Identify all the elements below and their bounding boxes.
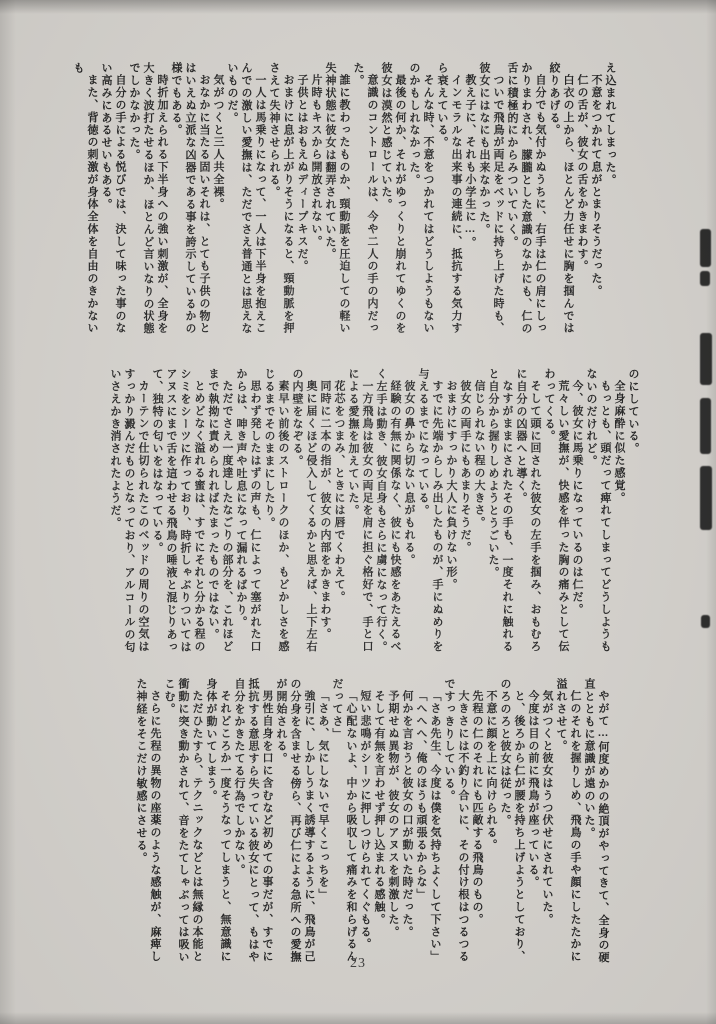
text-paragraph: 短い悲鳴がシーツに押しつけられてくぐもる。 xyxy=(358,678,372,966)
text-paragraph: 彼女の鼻から切ない息がもれる。 xyxy=(402,368,416,660)
page-number: 23 xyxy=(0,956,716,972)
text-paragraph: 経験の有無に関係なく、彼にも快感をあたえるべく左手は動き、彼女自身もさらに虜にな… xyxy=(374,368,402,660)
text-paragraph: 全身麻酔に似た感覚。 xyxy=(612,368,626,660)
text-paragraph: 強引に、しかしうまく誘導するように、飛鳥が己の分身を含ませる傍ら、再び仁による急… xyxy=(274,678,316,966)
text-paragraph: それどころか一度そうなってしまうと、無意識に身体が動いてしまう。 xyxy=(204,678,232,966)
text-paragraph: ただひたすら、テクニックなどとは無縁の本能と衝動に突き動かされて、音をたてしゃぶ… xyxy=(162,678,204,966)
text-paragraph: なすがままにされたその手も、一度それに触れると自分から握りしめようとうごいた。 xyxy=(486,368,514,660)
text-paragraph: 「さあ先生、今度は僕を気持ちよくして下さい」 xyxy=(428,678,442,966)
text-paragraph: 一方飛鳥は彼女の両足を肩に担ぐ格好で、手と口による愛撫を加えていた。 xyxy=(346,368,374,660)
text-paragraph: 誰に教わったものか、頸動脈を圧迫しての軽い失神状態に彼女は翻弄されていた。 xyxy=(323,62,351,346)
text-paragraph: 仁の舌が、彼女の舌をかきまわす。 xyxy=(575,62,589,346)
text-paragraph: 不意をつかれて息がとまりそうだった。 xyxy=(589,62,603,346)
text-paragraph: 素早い前後のストロークのほか、もどかしさを感じるまでそのままにしたり。 xyxy=(262,368,290,660)
text-paragraph: 片時もキスから開放されない。 xyxy=(309,62,323,346)
text-paragraph: 今、彼女に馬乗りになっているのは仁だ。 xyxy=(570,368,584,660)
text-paragraph: とめどなく溢れる蜜は、すでにそれと分かる程のシミをシーツに作っており、時折しゃぶ… xyxy=(150,368,206,660)
text-paragraph: 大きさには不釣り合いに、その付け根はつるつるですっきりしている。 xyxy=(442,678,470,966)
text-paragraph: インモラルな出来事の連続に、抵抗する気力すら衰えている。 xyxy=(435,62,463,346)
text-paragraph: そんな時、不意をつかれてはどうしようもないのかもしれなかった。 xyxy=(407,62,435,346)
text-paragraph: 不意に顔を上に向けられる。 xyxy=(484,678,498,966)
text-paragraph: 時折加えられる下半身への強い刺激が、全身を大きく波打たせるほか、ほとんど言いなり… xyxy=(127,62,169,346)
text-paragraph: え込まれてしまった。 xyxy=(603,62,617,346)
text-paragraph: 気がつくと三人共全裸。 xyxy=(211,62,225,346)
text-paragraph: すでに先端からしみ出したものが、手にぬめりを与えるまでになっている。 xyxy=(416,368,444,660)
text-paragraph: 思わず発したはずの声も、仁によって塞がれた口からは、呻き声や吐息になって漏れるば… xyxy=(234,368,262,660)
ink-smudge xyxy=(700,398,711,454)
text-paragraph: 気がつくと彼女はうつ伏せにされていた。 xyxy=(540,678,554,966)
text-paragraph: 仁のそれを握りしめ、飛鳥の手や顔にしたたかに溢れさせて。 xyxy=(554,678,582,966)
text-paragraph: 最後の何か、それがゆっくりと崩れてゆくのを彼女は漠然と感じていた。 xyxy=(379,62,407,346)
text-paragraph: やがて…何度めかの絶頂がやってきて、全身の硬直とともに意識が遠のいた。 xyxy=(582,678,610,966)
text-paragraph: 彼女の両手にもあまりそうだ。 xyxy=(458,368,472,660)
text-paragraph: 信じられない程の大きさ。 xyxy=(472,368,486,660)
text-paragraph: 白衣の上から、ほとんど力任せに胸を掴んでは絞りあげる。 xyxy=(547,62,575,346)
text-paragraph: おまけに息が上がりそうになると、頸動脈を押さえて失神させられる。 xyxy=(267,62,295,346)
text-paragraph: ついで飛鳥が両足をベッドに持ち上げた時も、彼女にはなにも出来なかった。 xyxy=(477,62,505,346)
ink-smudge xyxy=(700,229,711,267)
text-paragraph: そして頭に回された彼女の左手を掴み、おもむろに自分の凶器へと導く。 xyxy=(514,368,542,660)
ink-smudge xyxy=(700,333,712,385)
text-paragraph: 男性自身を口に含むなど初めての事だが、すでに抵抗する意思すら失っている彼女にとっ… xyxy=(232,678,274,966)
text-paragraph: と、後ろから仁が腰を持ち上げようとしており、のろのろと彼女は従った。 xyxy=(498,678,526,966)
text-paragraph: 「心配ないよ、中から吸収して痛みを和らげるんだってさ」 xyxy=(330,678,358,966)
text-paragraph: また、背徳の刺激が身体全体を自由のきかないも xyxy=(71,62,99,346)
text-paragraph: ただでさえ一度達したなごりの部分を、これほどまで執拗に責められればたまったもので… xyxy=(206,368,234,660)
text-paragraph: おなかに当たる固いそれは、とても子供の物とはいえぬ立派な凶器である事を誇示してい… xyxy=(169,62,211,346)
text-paragraph: 一人は馬乗りになって、一人は下半身を抱えこんでの激しい愛撫は、ただでさえ普通とは… xyxy=(225,62,267,346)
text-paragraph: もっとも、頭だって痺れてしまってどうしようもないのだけれど。 xyxy=(584,368,612,660)
text-paragraph: 意識のコントロールは、今や二人の手の内だった。 xyxy=(351,62,379,346)
ink-smudge xyxy=(700,466,712,530)
text-section-middle: のにしている。全身麻酔に似た感覚。もっとも、頭だって痺れてしまってどうしようもな… xyxy=(55,368,640,660)
text-paragraph: 花芯をつまみ、ときには唇でくわえて。 xyxy=(332,368,346,660)
text-paragraph: さらに先程の異物の座薬のような感触が、麻痺した神経をそこだけ敏感にさせる。 xyxy=(134,678,162,966)
text-paragraph: 「へへへ、俺のほうも頑張るからな」 xyxy=(414,678,428,966)
text-paragraph: カーテンで仕切られたこのベッドの周りの空気はすっかり澱んだものとなっており、アル… xyxy=(108,368,150,660)
text-paragraph: 「さあ、気にしないで早くこっちを」 xyxy=(316,678,330,966)
text-paragraph: 同時に二本の指が、彼女の内部をかきまわす。 xyxy=(318,368,332,660)
ink-smudge xyxy=(700,271,710,286)
text-paragraph: 自分でも気付かぬうちに、右手は仁の肩にしっかりまわされ、朦朧とした意識のなかにも… xyxy=(505,62,547,346)
text-paragraph: 予期せぬ異物が、彼女のアヌスを刺激した。 xyxy=(386,678,400,966)
text-paragraph: おまけにすっかり大人に負けない形。 xyxy=(444,368,458,660)
text-paragraph: そして有無を言わせず押し込まれる感触。 xyxy=(372,678,386,966)
text-paragraph: のにしている。 xyxy=(626,368,640,660)
text-paragraph: 子供とはおもえぬディープキスだ。 xyxy=(295,62,309,346)
text-paragraph: 今度は目の前に飛鳥が座っている。 xyxy=(526,678,540,966)
text-paragraph: 荒々しい愛撫が、快感を伴った胸の痛みとして伝わってくる。 xyxy=(542,368,570,660)
text-paragraph: 自分の手による悦びでは、決して味った事のない高みにあるせいもある。 xyxy=(99,62,127,346)
text-paragraph: 何かを言おうと彼女の口が動いた時だった。 xyxy=(400,678,414,966)
scanned-page: え込まれてしまった。不意をつかれて息がとまりそうだった。仁の舌が、彼女の舌をかき… xyxy=(0,0,716,1024)
text-section-bottom: やがて…何度めかの絶頂がやってきて、全身の硬直とともに意識が遠のいた。仁のそれを… xyxy=(30,678,610,966)
text-section-top: え込まれてしまった。不意をつかれて息がとまりそうだった。仁の舌が、彼女の舌をかき… xyxy=(72,62,617,346)
text-paragraph: 奥に届くほど侵入してくるかと思えば、上下左右の内壁をなぞる。 xyxy=(290,368,318,660)
ink-smudge xyxy=(701,615,710,628)
text-paragraph: 先程の仁のそれにも匹敵する飛鳥のもの。 xyxy=(470,678,484,966)
text-paragraph: 教え子に、それも小学生に…。 xyxy=(463,62,477,346)
